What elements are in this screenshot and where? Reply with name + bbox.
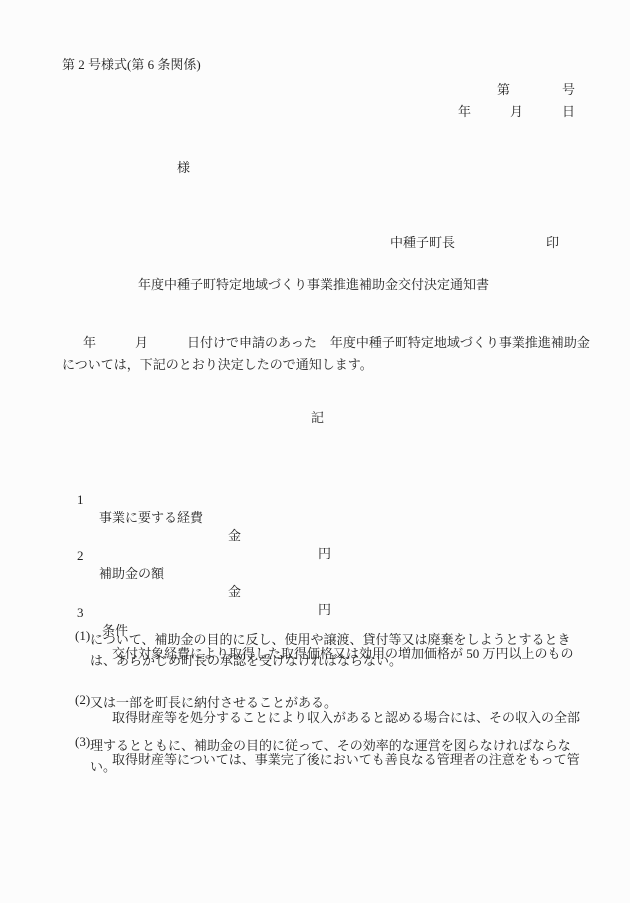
clause-number: (1) bbox=[75, 627, 90, 645]
form-number-label: 第 2 号様式(第 6 条関係) bbox=[62, 56, 201, 74]
item-label: 補助金の額 bbox=[99, 565, 164, 583]
conditions-heading: 3 条件 bbox=[0, 586, 630, 604]
body-paragraph-line-2: については，下記のとおり決定したので通知します。 bbox=[62, 356, 373, 374]
clause-line: 理するとともに、補助金の目的に従って、その効率的な運営を図らなければならな bbox=[90, 737, 630, 755]
item-label: 事業に要する経費 bbox=[99, 509, 203, 527]
clause-line: について、補助金の目的に反し、使用や譲渡、貸付等又は廃棄をしようとするとき bbox=[90, 631, 630, 649]
addressee-suffix: 様 bbox=[177, 159, 190, 177]
expense-item-row: 1 事業に要する経費 金 円 bbox=[0, 473, 630, 491]
clause-line: は、あらかじめ町長の承認を受けなければならない。 bbox=[90, 652, 630, 670]
date-line: 年 月 日 bbox=[458, 103, 575, 121]
sender-line: 中種子町長印 bbox=[377, 216, 559, 270]
item-number: 2 bbox=[77, 547, 84, 565]
subsidy-amount-row: 2 補助金の額 金 円 bbox=[0, 529, 630, 547]
clause-row: (1) 交付対象経費により取得した取得価格又は効用の増加価格が 50 万円以上の… bbox=[0, 609, 630, 627]
record-heading: 記 bbox=[311, 409, 324, 427]
document-page: 第 2 号様式(第 6 条関係) 第 号 年 月 日 様 中種子町長印 年度中種… bbox=[0, 0, 630, 903]
clause-row: (2) 取得財産等を処分することにより収入があると認める場合には、その収入の全部 bbox=[0, 673, 630, 691]
document-title: 年度中種子町特定地域づくり事業推進補助金交付決定通知書 bbox=[138, 276, 489, 294]
body-paragraph-line-1: 年 月 日付けで申請のあった 年度中種子町特定地域づくり事業推進補助金 bbox=[83, 334, 590, 352]
document-number-line: 第 号 bbox=[497, 81, 575, 99]
clause-number: (2) bbox=[75, 691, 90, 709]
seal-mark: 印 bbox=[546, 235, 559, 250]
clause-line: い。 bbox=[90, 758, 630, 776]
clause-number: (3) bbox=[75, 733, 90, 751]
sender-title: 中種子町長 bbox=[390, 235, 455, 250]
item-number: 1 bbox=[77, 491, 84, 509]
amount-unit: 円 bbox=[318, 545, 331, 563]
clause-row: (3) 取得財産等については、事業完了後においても善良なる管理者の注意をもって管 bbox=[0, 715, 630, 733]
clause-line: 又は一部を町長に納付させることがある。 bbox=[90, 694, 630, 712]
